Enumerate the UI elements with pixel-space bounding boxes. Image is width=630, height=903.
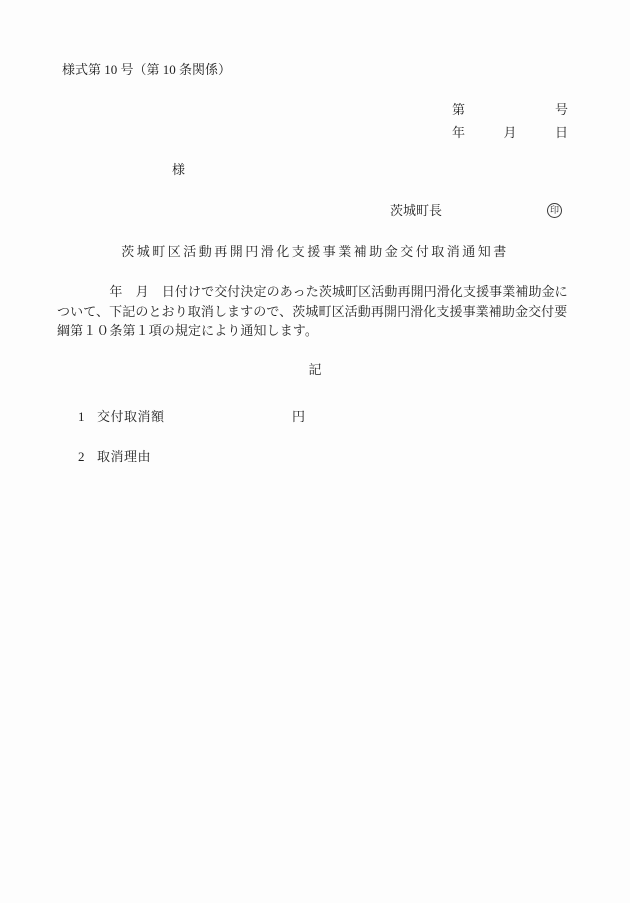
date-row: 年 月 日 xyxy=(452,126,568,139)
body-paragraph: 年 月 日付けで交付決定のあった茨城町区活動再開円滑化支援事業補助金について、下… xyxy=(57,282,575,341)
sender-title: 茨城町長 xyxy=(390,204,442,217)
date-year-label: 年 xyxy=(452,126,465,139)
seal-stamp-label: 印 xyxy=(550,206,559,215)
date-day-label: 日 xyxy=(555,126,568,139)
addressee-honorific: 様 xyxy=(172,163,185,176)
document-title: 茨城町区活動再開円滑化支援事業補助金交付取消通知書 xyxy=(0,245,630,258)
date-month-label: 月 xyxy=(503,126,516,139)
doc-number-suffix: 号 xyxy=(555,103,568,116)
doc-number-prefix: 第 xyxy=(452,103,465,116)
list-item-cancel-reason: 2 取消理由 xyxy=(0,450,630,466)
list-item-cancel-amount: 1 交付取消額 円 xyxy=(0,410,630,426)
doc-number-row: 第 号 xyxy=(452,103,568,116)
record-mark: 記 xyxy=(0,363,630,376)
item-label: 取消理由 xyxy=(97,450,151,463)
form-number: 様式第 10 号（第 10 条関係） xyxy=(62,63,231,76)
seal-stamp-icon: 印 xyxy=(547,203,562,218)
item-number: 2 xyxy=(78,450,85,463)
item-number: 1 xyxy=(78,410,85,423)
item-unit-yen: 円 xyxy=(292,410,305,423)
document-page: 様式第 10 号（第 10 条関係） 第 号 年 月 日 様 茨城町長 印 茨城… xyxy=(0,0,630,903)
item-label: 交付取消額 xyxy=(97,410,165,423)
